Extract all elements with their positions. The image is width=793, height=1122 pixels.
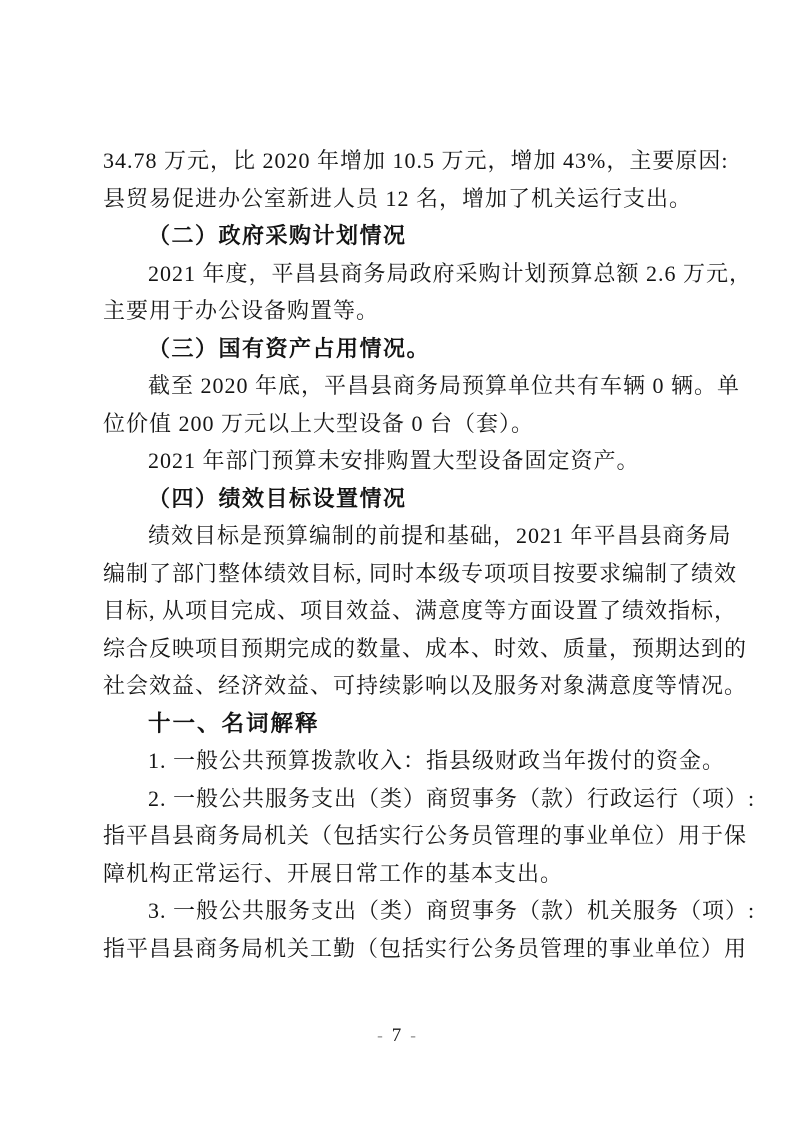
text-line: 2. 一般公共服务支出（类）商贸事务（款）行政运行（项）: — [103, 780, 719, 818]
text-line: 县贸易促进办公室新进人员 12 名，增加了机关运行支出。 — [103, 180, 719, 218]
section-heading: 十一、名词解释 — [103, 705, 719, 743]
section-heading: （三）国有资产占用情况。 — [103, 330, 719, 368]
page-number-dash-left: - — [377, 1026, 383, 1045]
text-line: 截至 2020 年底，平昌县商务局预算单位共有车辆 0 辆。单 — [103, 367, 719, 405]
page-number-value: 7 — [392, 1025, 402, 1046]
text-line: 位价值 200 万元以上大型设备 0 台（套）。 — [103, 405, 719, 443]
text-line: 2021 年度，平昌县商务局政府采购计划预算总额 2.6 万元， — [103, 255, 719, 293]
page-number-dash-right: - — [410, 1026, 416, 1045]
page-number: -7- — [0, 1021, 793, 1051]
text-line: 3. 一般公共服务支出（类）商贸事务（款）机关服务（项）: — [103, 892, 719, 930]
text-line: 编制了部门整体绩效目标, 同时本级专项项目按要求编制了绩效 — [103, 555, 719, 593]
text-line: 社会效益、经济效益、可持续影响以及服务对象满意度等情况。 — [103, 667, 719, 705]
text-line: 2021 年部门预算未安排购置大型设备固定资产。 — [103, 442, 719, 480]
section-heading: （二）政府采购计划情况 — [103, 217, 719, 255]
text-line: 综合反映项目预期完成的数量、成本、时效、质量，预期达到的 — [103, 630, 719, 668]
section-heading: （四）绩效目标设置情况 — [103, 480, 719, 518]
text-line: 目标, 从项目完成、项目效益、满意度等方面设置了绩效指标， — [103, 592, 719, 630]
text-line: 34.78 万元，比 2020 年增加 10.5 万元，增加 43%，主要原因: — [103, 142, 719, 180]
text-line: 主要用于办公设备购置等。 — [103, 292, 719, 330]
text-line: 1. 一般公共预算拨款收入：指县级财政当年拨付的资金。 — [103, 742, 719, 780]
text-line: 指平昌县商务局机关工勤（包括实行公务员管理的事业单位）用 — [103, 930, 719, 968]
document-page: 34.78 万元，比 2020 年增加 10.5 万元，增加 43%，主要原因:… — [0, 0, 793, 1122]
text-line: 障机构正常运行、开展日常工作的基本支出。 — [103, 855, 719, 893]
text-line: 指平昌县商务局机关（包括实行公务员管理的事业单位）用于保 — [103, 817, 719, 855]
text-line: 绩效目标是预算编制的前提和基础，2021 年平昌县商务局 — [103, 517, 719, 555]
document-body: 34.78 万元，比 2020 年增加 10.5 万元，增加 43%，主要原因:… — [103, 142, 719, 967]
